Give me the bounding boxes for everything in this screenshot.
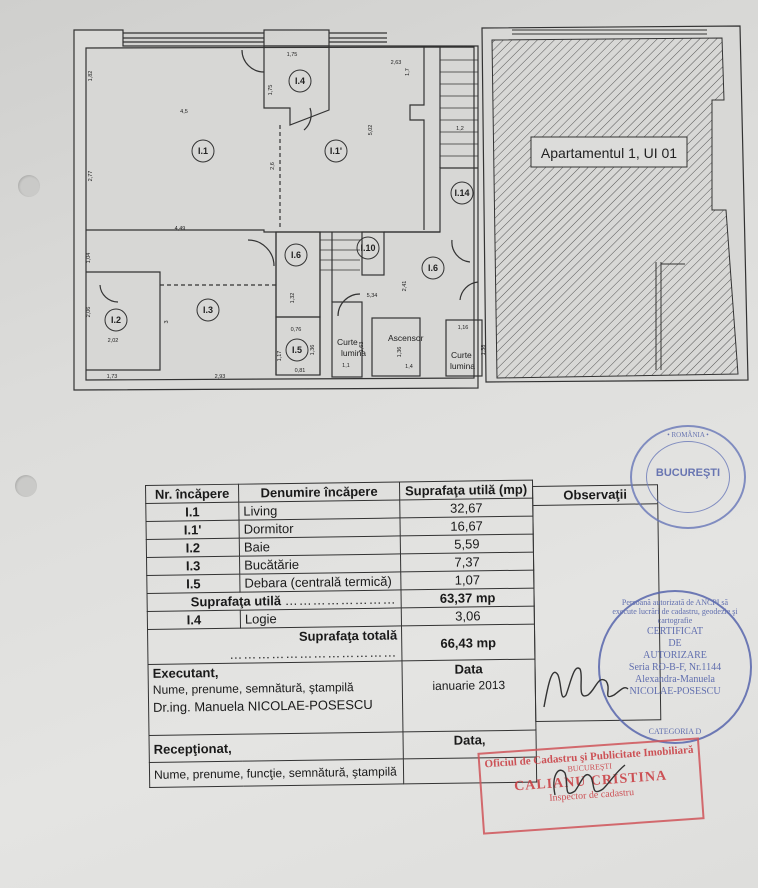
signature-inspector [545, 755, 635, 805]
dimension-label: 1,17 [277, 351, 283, 362]
ascensor-label: Ascensor [388, 333, 424, 343]
room-label-i4: I.4 [295, 76, 305, 86]
executant-date-value: ianuarie 2013 [407, 677, 531, 696]
dimension-label: 1,75 [287, 52, 298, 58]
dimension-label: 1,36 [310, 345, 316, 356]
dimension-label: 2,93 [215, 374, 226, 380]
grand-total-row: Suprafaţa totală ……………………………… 66,43 mp [148, 624, 535, 664]
dimension-label: 5,02 [368, 125, 374, 136]
room-label-i3: I.3 [203, 305, 213, 315]
header-nr: Nr. încăpere [146, 484, 239, 503]
dimension-label: 1,36 [397, 347, 403, 358]
room-label-i10: I.10 [360, 243, 375, 253]
header-area: Suprafaţa utilă (mp) [399, 480, 532, 500]
dimension-label: 3 [164, 320, 170, 323]
dimension-label: 1,4 [405, 364, 413, 370]
floor-plan: Apartamentul 1, UI 01 I.1 I.1' I.2 I.3 I… [0, 0, 758, 400]
dimension-label: 1,2 [456, 126, 464, 132]
stamp-bucuresti: • ROMÂNIA • BUCUREŞTI [630, 425, 746, 529]
room-label-i5: I.5 [292, 345, 302, 355]
dimension-label: 4,5 [180, 109, 188, 115]
room-label-i6-right: I.6 [428, 263, 438, 273]
dimension-label: 0,81 [295, 368, 306, 374]
grand-total-label: Suprafaţa totală [299, 627, 397, 643]
grand-total-value: 66,43 mp [401, 624, 534, 661]
room-label-i14: I.14 [454, 188, 469, 198]
useful-total-value: 63,37 mp [401, 588, 534, 608]
executant-name: Dr.ing. Manuela NICOLAE-POSESCU [153, 695, 398, 715]
header-name: Denumire încăpere [238, 482, 399, 502]
dimension-label: 4,49 [175, 226, 186, 232]
dimension-label: 1,75 [268, 85, 274, 96]
signature-executant [540, 655, 630, 715]
curte-lumina-2-line2: lumina [450, 361, 475, 371]
dimension-label: 0,76 [291, 327, 302, 333]
dimension-label: 1,63 [359, 342, 365, 353]
surface-table: Nr. încăpere Denumire încăpere Suprafaţa… [145, 480, 537, 788]
receptionat-title: Recepţionat, [154, 740, 232, 756]
executant-row: Executant, Nume, prenume, semnătură, şta… [148, 659, 536, 735]
dimension-label: 5,34 [367, 293, 378, 299]
curte-lumina-1-line1: Curte [337, 337, 358, 347]
punch-hole-bottom [15, 475, 37, 497]
dimension-label: 1,16 [458, 325, 469, 331]
dimension-label: 2,63 [391, 60, 402, 66]
dimension-label: 2,02 [108, 338, 119, 344]
dimension-label: 1,82 [88, 71, 94, 82]
dimension-label: 1,32 [290, 293, 296, 304]
room-label-i1: I.1 [198, 146, 208, 156]
apartment-label: Apartamentul 1, UI 01 [541, 145, 677, 161]
dimension-label: 2,41 [402, 281, 408, 292]
room-label-i2: I.2 [111, 315, 121, 325]
dimension-label: 2,77 [88, 171, 94, 182]
dimension-label: 1,1 [342, 363, 350, 369]
dimension-label: 1,73 [107, 374, 118, 380]
dimension-label: 1,7 [405, 68, 411, 76]
executant-date-label: Data [406, 660, 530, 679]
curte-lumina-2-line1: Curte [451, 350, 472, 360]
useful-total-label: Suprafaţa utilă [191, 593, 281, 609]
dimension-label: 2,6 [270, 162, 276, 170]
dimension-label: 2,06 [86, 307, 92, 318]
dimension-label: 1,38 [481, 345, 487, 356]
room-label-i1-prime: I.1' [330, 146, 342, 156]
dimension-label: 1,04 [86, 253, 92, 264]
receptionat-hint: Nume, prenume, funcţie, semnătură, ştamp… [149, 759, 403, 788]
room-label-i6-left: I.6 [291, 250, 301, 260]
